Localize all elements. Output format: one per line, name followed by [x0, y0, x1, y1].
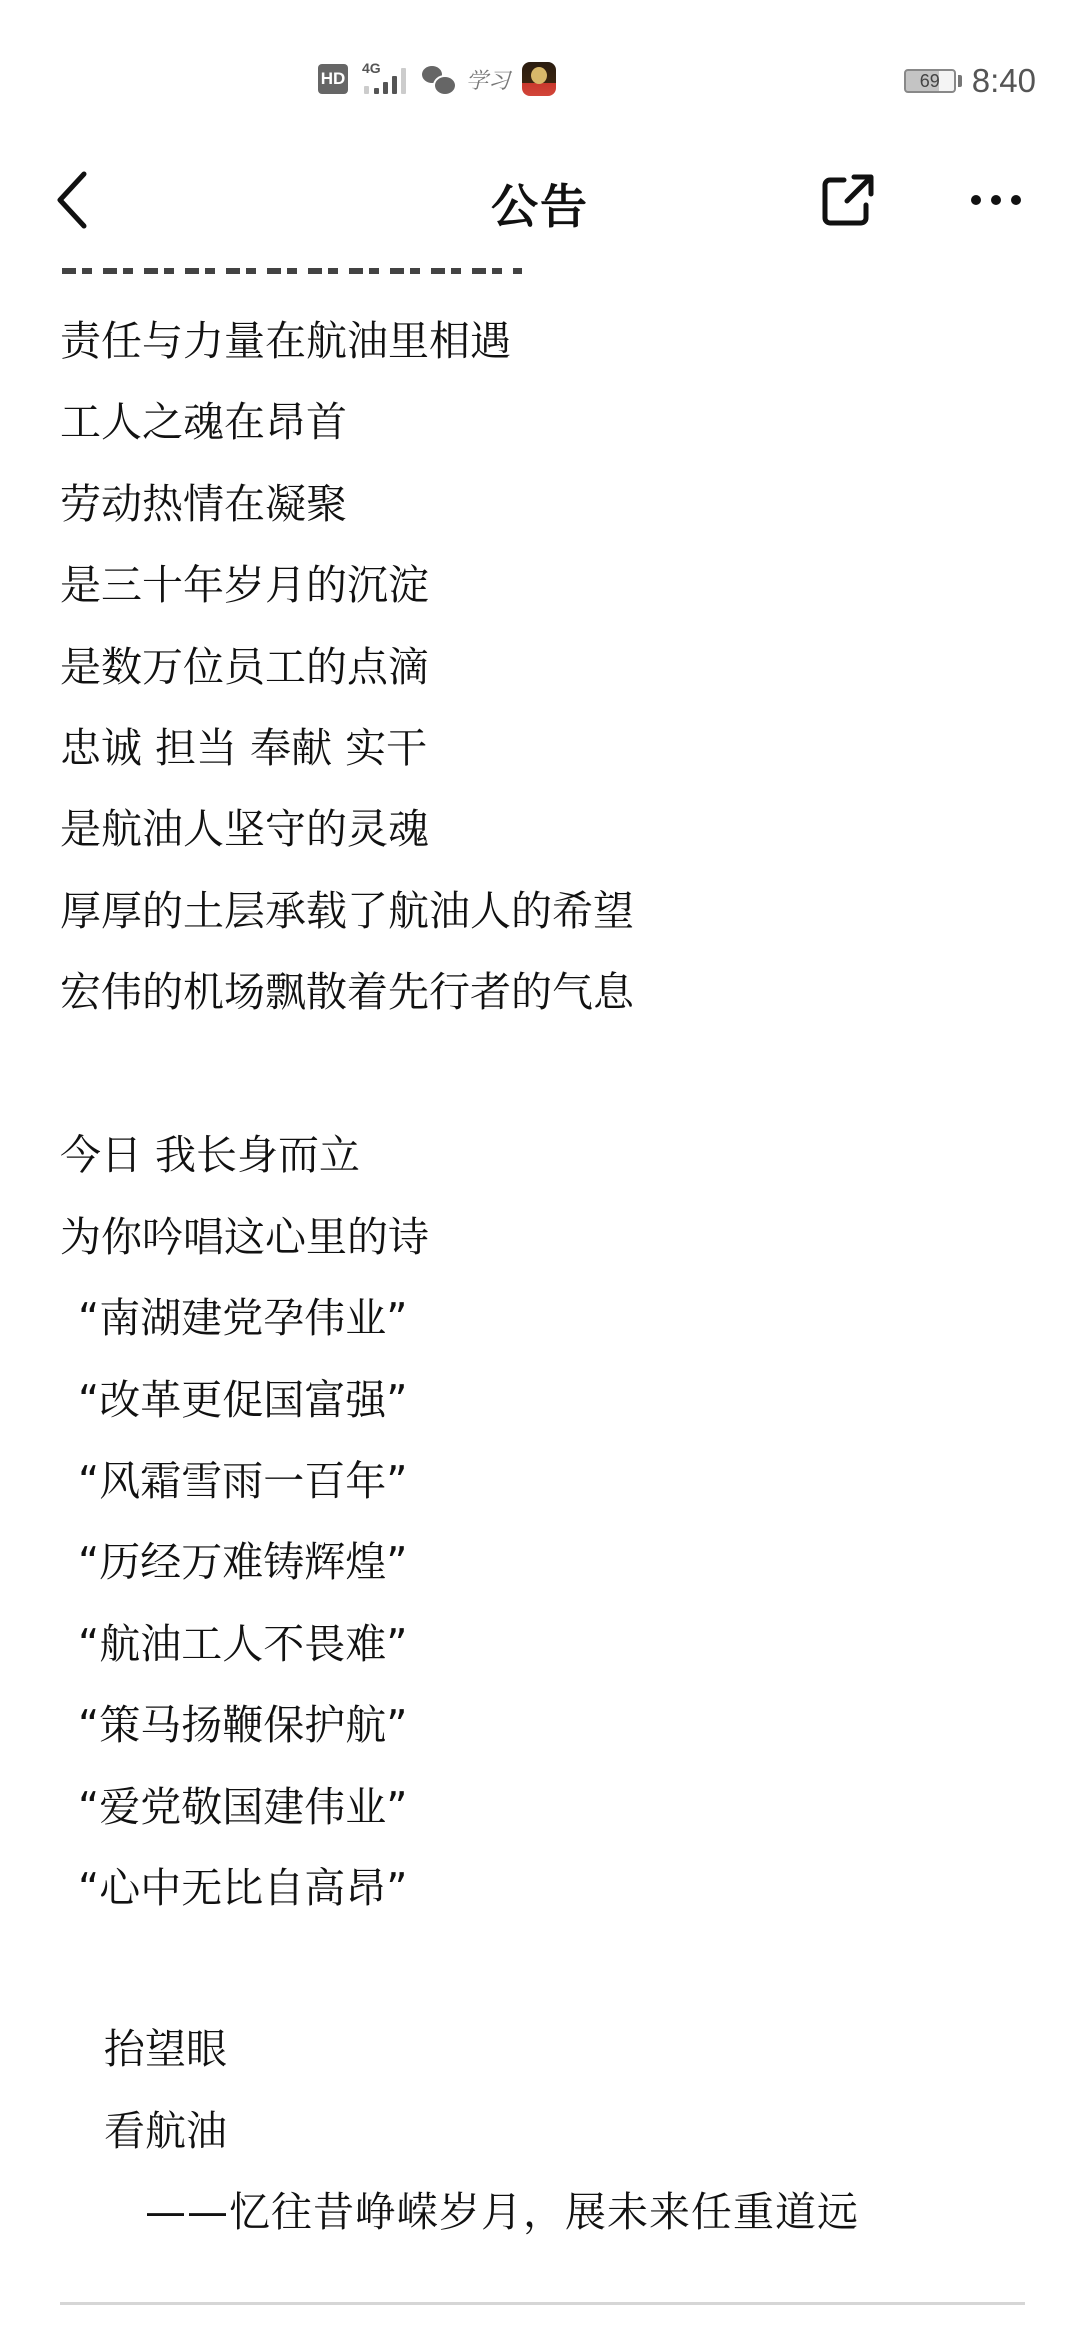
battery-level: 69	[920, 71, 940, 92]
poem-line: 抬望眼	[104, 2024, 227, 2074]
poem-line: “风霜雪雨一百年”	[78, 1456, 407, 1506]
poem-line: 责任与力量在航油里相遇	[60, 316, 511, 366]
share-button[interactable]	[812, 166, 884, 234]
share-external-icon	[820, 172, 876, 228]
status-icons: HD 4G 学习	[318, 60, 556, 98]
poem-line: “心中无比自高昂”	[78, 1863, 407, 1913]
signal-bar	[364, 86, 369, 94]
poem-line: “历经万难铸辉煌”	[78, 1537, 407, 1587]
signal-bar	[374, 88, 379, 94]
battery-icon: 69	[904, 69, 956, 93]
poem-line: “南湖建党孕伟业”	[78, 1293, 407, 1343]
poem-line: 工人之魂在昂首	[60, 397, 347, 447]
hd-icon: HD	[318, 64, 348, 94]
poem-line: 忠诚 担当 奉献 实干	[60, 723, 427, 773]
signal-bar	[392, 76, 397, 94]
poem-line: “改革更促国富强”	[78, 1375, 407, 1425]
divider	[60, 2302, 1025, 2305]
signal-bar	[401, 68, 406, 94]
wechat-bubble	[433, 75, 457, 96]
hd-label: HD	[321, 69, 346, 89]
poem-line: 为你吟唱这心里的诗	[60, 1212, 429, 1262]
clipped-poem-line	[62, 266, 522, 278]
poem-line: 是数万位员工的点滴	[60, 642, 429, 692]
poem-line: 是三十年岁月的沉淀	[60, 560, 429, 610]
signal-bar	[383, 82, 388, 94]
poem-line: 劳动热情在凝聚	[60, 479, 347, 529]
poem-line: “爱党敬国建伟业”	[78, 1782, 407, 1832]
poem-line: 今日 我长身而立	[60, 1130, 360, 1180]
poem-line: ——忆往昔峥嵘岁月，展未来任重道远	[145, 2187, 859, 2237]
poem-line: 宏伟的机场飘散着先行者的气息	[60, 967, 634, 1017]
announcement-content[interactable]: 责任与力量在航油里相遇工人之魂在昂首劳动热情在凝聚是三十年岁月的沉淀是数万位员工…	[0, 260, 1080, 2340]
xuexi-icon: 学习	[466, 64, 510, 95]
app-notification-icon	[522, 62, 556, 96]
poem-line: 看航油	[104, 2106, 227, 2156]
poem-line: “航油工人不畏难”	[78, 1619, 407, 1669]
poem-line: 厚厚的土层承载了航油人的希望	[60, 886, 634, 936]
network-type-label: 4G	[362, 60, 381, 76]
poem-line: 是航油人坚守的灵魂	[60, 804, 429, 854]
status-bar: HD 4G 学习 69 8:40	[0, 0, 1080, 130]
signal-4g-icon: 4G	[360, 62, 410, 96]
clock: 8:40	[972, 62, 1036, 100]
wechat-icon	[422, 64, 454, 94]
status-right: 69 8:40	[904, 62, 1036, 100]
nav-bar: 公告	[0, 140, 1080, 260]
more-horizontal-icon	[968, 192, 1024, 208]
page-title: 公告	[0, 170, 1080, 237]
more-button[interactable]	[958, 166, 1034, 234]
battery-cap	[958, 75, 962, 87]
poem-line: “策马扬鞭保护航”	[78, 1700, 407, 1750]
